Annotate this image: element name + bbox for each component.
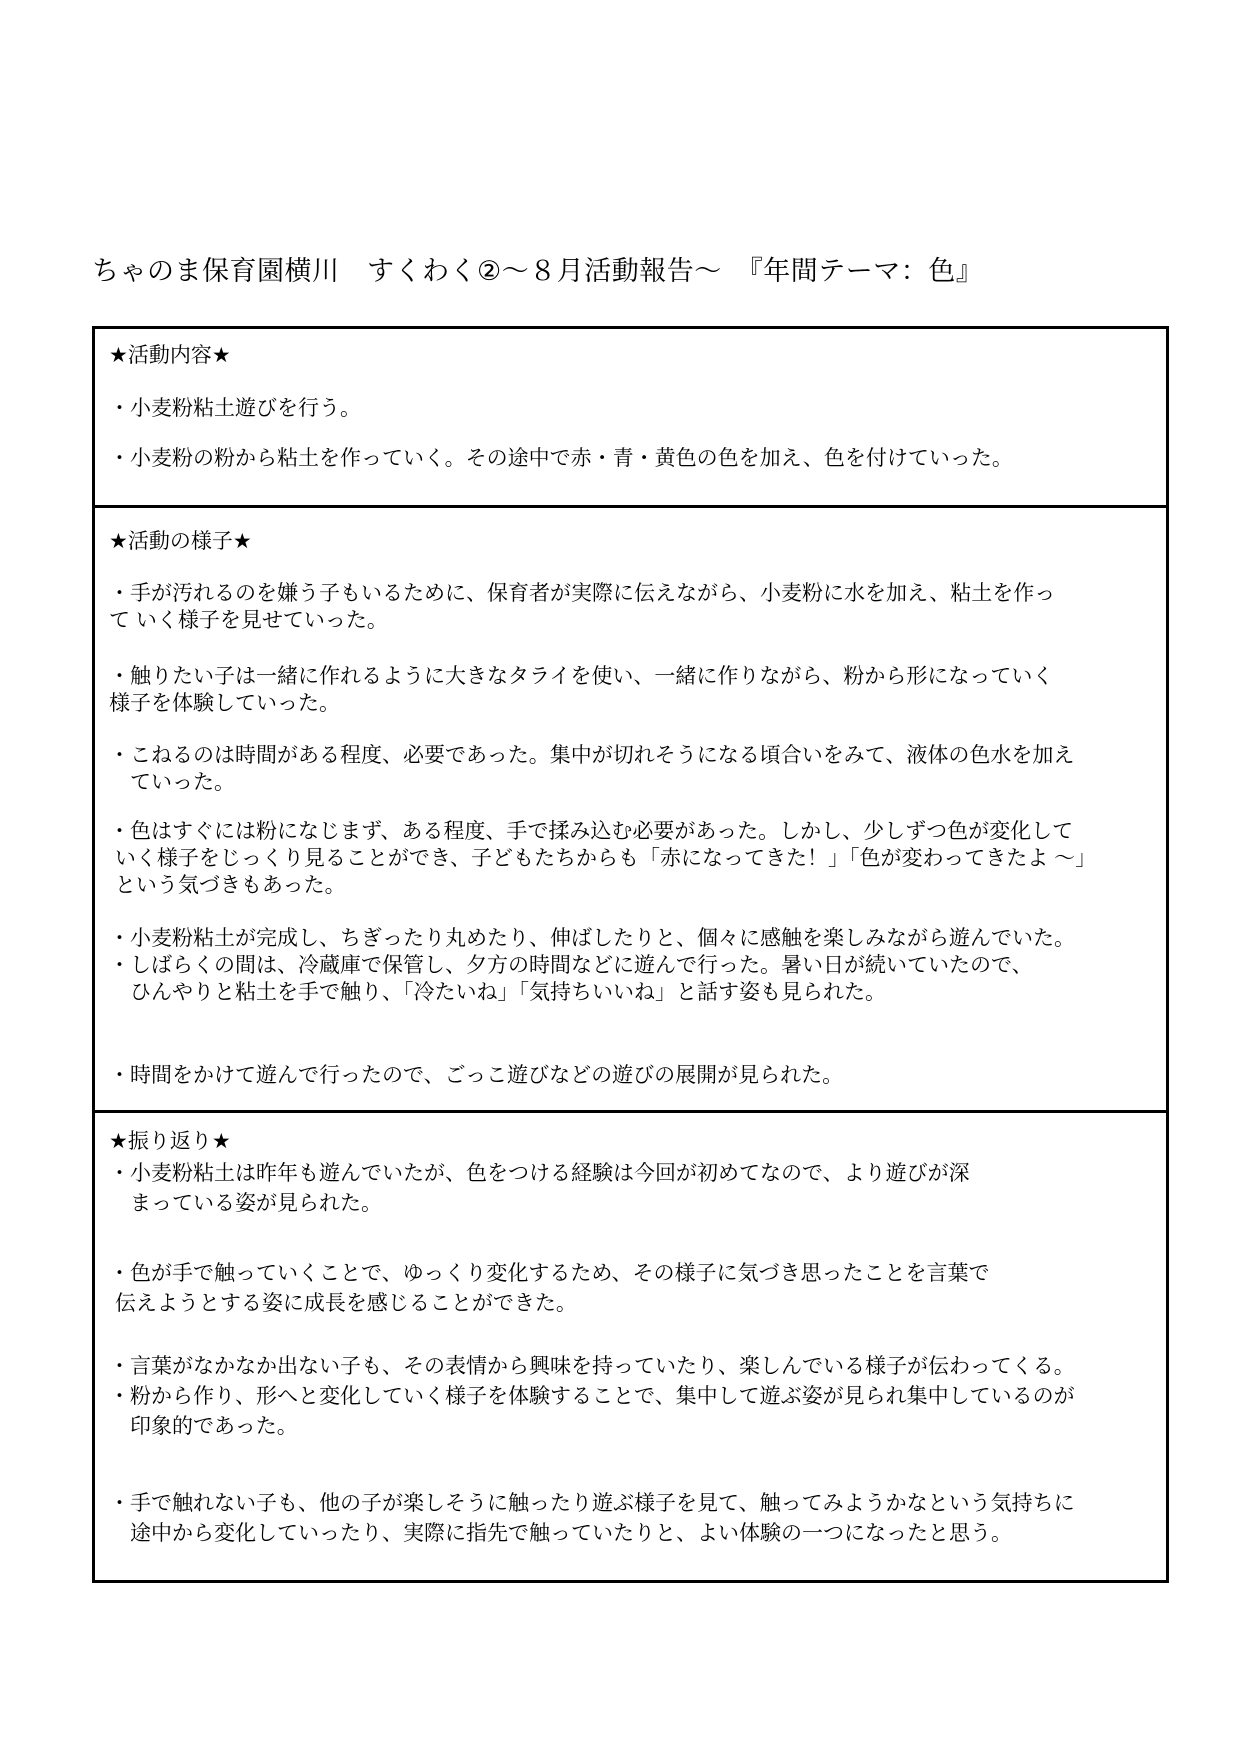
- section-activity-content: ★活動内容★ ・小麦粉粘土遊びを行う。 ・小麦粉の粉から粘土を作っていく。その途…: [92, 326, 1169, 508]
- bullet-paragraph: ・手が汚れるのを嫌う子もいるために、保育者が実際に伝えながら、小麦粉に水を加え、…: [109, 580, 1152, 634]
- section-header: ★活動の様子★: [109, 528, 1152, 555]
- bullet-paragraph: ・色が手で触っていくことで、ゆっくり変化するため、その様子に気づき思ったことを言…: [109, 1259, 1152, 1319]
- page-title: ちゃのま保育園横川 すくわく②〜８月活動報告〜 『年間テーマ：色』: [92, 254, 983, 288]
- bullet-paragraph: ・小麦粉粘土遊びを行う。: [109, 395, 1152, 422]
- section-header: ★活動内容★: [109, 342, 1152, 369]
- bullet-paragraph: ・小麦粉の粉から粘土を作っていく。その途中で赤・青・黄色の色を加え、色を付けてい…: [109, 445, 1152, 472]
- bullet-paragraph: ・こねるのは時間がある程度、必要であった。集中が切れそうになる頃合いをみて、液体…: [109, 742, 1152, 796]
- bullet-paragraph: ・言葉がなかなか出ない子も、その表情から興味を持っていたり、楽しんでいる様子が伝…: [109, 1352, 1152, 1382]
- section-activity-observations: ★活動の様子★ ・手が汚れるのを嫌う子もいるために、保育者が実際に伝えながら、小…: [92, 508, 1169, 1113]
- bullet-paragraph: ・色はすぐには粉になじまず、ある程度、手で揉み込む必要があった。しかし、少しずつ…: [109, 818, 1152, 899]
- bullet-paragraph: ・時間をかけて遊んで行ったので、ごっこ遊びなどの遊びの展開が見られた。: [109, 1062, 1152, 1089]
- bullet-paragraph: ・しばらくの間は、冷蔵庫で保管し、夕方の時間などに遊んで行った。暑い日が続いてい…: [109, 952, 1152, 1006]
- bullet-paragraph: ・粉から作り、形へと変化していく様子を体験することで、集中して遊ぶ姿が見られ集中…: [109, 1382, 1152, 1442]
- bullet-paragraph: ・小麦粉粘土は昨年も遊んでいたが、色をつける経験は今回が初めてなので、より遊びが…: [109, 1159, 1152, 1219]
- bullet-paragraph: ・小麦粉粘土が完成し、ちぎったり丸めたり、伸ばしたりと、個々に感触を楽しみながら…: [109, 925, 1152, 952]
- report-page: ちゃのま保育園横川 すくわく②〜８月活動報告〜 『年間テーマ：色』 ★活動内容★…: [0, 0, 1241, 1755]
- bullet-paragraph: ・触りたい子は一緒に作れるように大きなタライを使い、一緒に作りながら、粉から形に…: [109, 663, 1152, 717]
- bullet-paragraph: ・手で触れない子も、他の子が楽しそうに触ったり遊ぶ様子を見て、触ってみようかなと…: [109, 1489, 1152, 1549]
- section-reflection: ★振り返り★ ・小麦粉粘土は昨年も遊んでいたが、色をつける経験は今回が初めてなの…: [92, 1113, 1169, 1583]
- section-header: ★振り返り★: [109, 1127, 1152, 1157]
